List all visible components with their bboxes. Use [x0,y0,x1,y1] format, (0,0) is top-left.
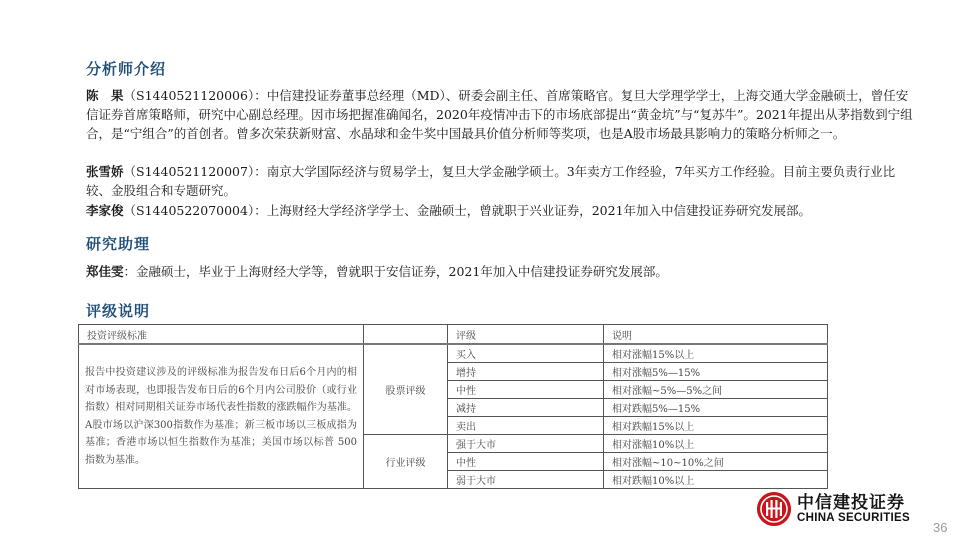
rating-cell: 弱于大市 [448,471,604,489]
desc-cell: 相对跌幅10%以上 [604,471,828,489]
rating-cell: 强于大市 [448,435,604,453]
desc-cell: 相对涨幅15%以上 [604,344,828,363]
analyst-name: 张雪娇 [86,164,124,179]
header-category [364,325,448,345]
analyst-id: （S1440521120006） [124,88,255,103]
desc-cell: 相对涨幅10%以上 [604,435,828,453]
assistant-text: ：金融硕士，毕业于上海财经大学等，曾就职于安信证券，2021年加入中信建投证券研… [124,264,668,279]
desc-cell: 相对涨幅~5%—5%之间 [604,381,828,399]
desc-cell: 相对涨幅~10~10%之间 [604,453,828,471]
rating-cell: 中性 [448,453,604,471]
rating-cell: 减持 [448,399,604,417]
analyst-name: 李家俊 [86,203,124,218]
assistant-bio: 郑佳雯：金融硕士，毕业于上海财经大学等，曾就职于安信证券，2021年加入中信建投… [86,262,916,281]
table-row: 报告中投资建议涉及的评级标准为报告发布日后6个月内的相对市场表现，也即报告发布日… [79,344,828,363]
table-header-row: 投资评级标准 评级 说明 [79,325,828,345]
analyst-bio-0: 陈 果（S1440521120006）：中信建投证券董事总经理（MD）、研委会副… [86,86,916,143]
analyst-text: ：上海财经大学经济学学士、金融硕士，曾就职于兴业证券，2021年加入中信建投证券… [254,203,811,218]
rating-cell: 买入 [448,344,604,363]
section-title-rating: 评级说明 [86,300,150,321]
desc-cell: 相对涨幅5%—15% [604,363,828,381]
rating-cell: 中性 [448,381,604,399]
rating-cell: 增持 [448,363,604,381]
rating-standard-text: 报告中投资建议涉及的评级标准为报告发布日后6个月内的相对市场表现，也即报告发布日… [79,344,364,489]
assistant-name: 郑佳雯 [86,264,124,279]
group-label-stock: 股票评级 [364,344,448,435]
company-logo: 中信建投证券 CHINA SECURITIES [757,492,910,526]
desc-cell: 相对跌幅15%以上 [604,417,828,435]
logo-text-cn: 中信建投证券 [797,494,910,512]
section-title-analysts: 分析师介绍 [86,58,166,79]
rating-table: 投资评级标准 评级 说明 报告中投资建议涉及的评级标准为报告发布日后6个月内的相… [78,324,828,489]
logo-text-en: CHINA SECURITIES [797,512,910,525]
page-number: 36 [933,520,947,535]
header-standard: 投资评级标准 [79,325,364,345]
header-rating: 评级 [448,325,604,345]
analyst-name: 陈 果 [86,88,124,103]
analyst-bio-1: 张雪娇（S1440521120007）：南京大学国际经济与贸易学士，复旦大学金融… [86,162,916,200]
analyst-id: （S1440522070004） [124,203,255,218]
rating-cell: 卖出 [448,417,604,435]
citic-logo-icon [757,492,791,526]
header-description: 说明 [604,325,828,345]
section-title-assistant: 研究助理 [86,233,150,254]
group-label-industry: 行业评级 [364,435,448,489]
desc-cell: 相对跌幅5%—15% [604,399,828,417]
analyst-id: （S1440521120007） [124,164,255,179]
analyst-bio-2: 李家俊（S1440522070004）：上海财经大学经济学学士、金融硕士，曾就职… [86,201,916,220]
